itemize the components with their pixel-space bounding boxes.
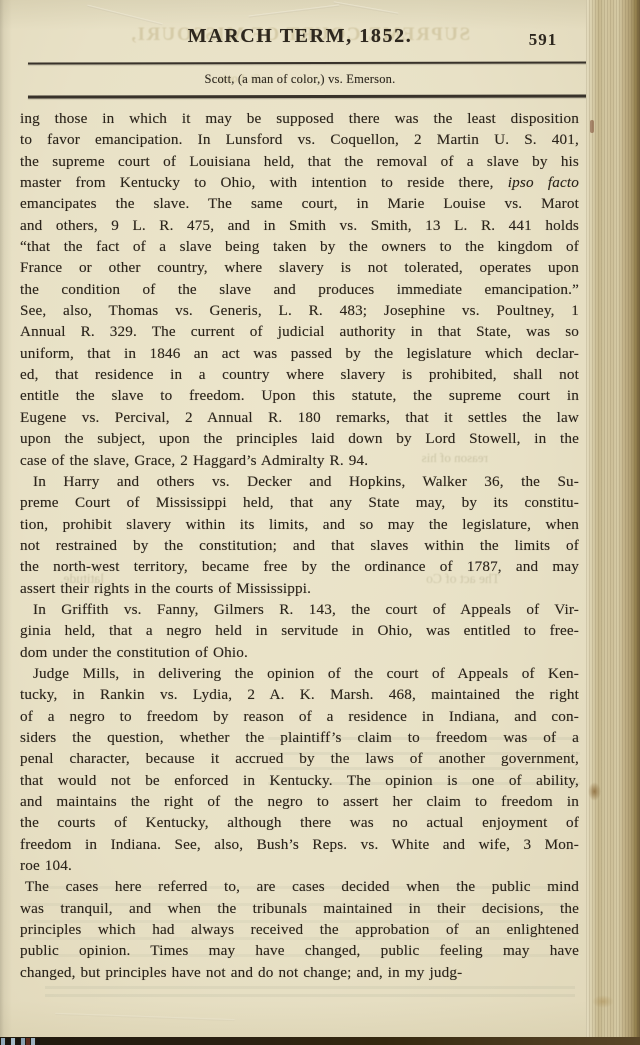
stain-mark [590, 120, 594, 133]
body-text-line: Eugene vs. Percival, 2 Annual R. 180 rem… [20, 407, 579, 428]
stain-mark [588, 782, 601, 801]
body-text-line: freedom in Indiana. See, also, Bush’s Re… [20, 834, 579, 855]
body-text-line: France or other country, where slavery i… [20, 257, 579, 278]
body-text-line: and maintains the right of the negro to … [20, 791, 579, 812]
bleed-through-ghost-lines [45, 986, 575, 1000]
scan-background-band [0, 1037, 640, 1045]
color-scale-mark [6, 1038, 10, 1045]
body-text-line: emancipates the slave. The same court, i… [20, 193, 579, 214]
body-text-line: tion, prohibit slavery within its limits… [20, 514, 579, 535]
paper-crease-mark [87, 5, 163, 26]
body-text-line: and others, 9 L. R. 475, and in Smith vs… [20, 215, 579, 236]
body-text-line: Judge Mills, in delivering the opinion o… [20, 663, 579, 684]
running-head-term-title: MARCH TERM, 1852. [20, 25, 580, 48]
stain-mark [592, 995, 614, 1008]
body-text-line: public opinion. Times may have changed, … [20, 940, 579, 961]
paper-crease-mark [55, 1013, 235, 1021]
body-text-line: to favor emancipation. In Lunsford vs. C… [20, 129, 579, 150]
horizontal-rule [28, 62, 589, 65]
body-text-line: master from Kentucky to Ohio, with inten… [20, 172, 579, 193]
body-text-line: ginia held, that a negro held in servitu… [20, 620, 579, 641]
color-scale-mark [21, 1038, 25, 1045]
body-text-line: Annual R. 329. The current of judicial a… [20, 321, 579, 342]
paper-crease-mark [333, 1, 398, 14]
body-text-line: the supreme court of Louisiana held, tha… [20, 151, 579, 172]
body-text-line: roe 104. [20, 855, 579, 876]
body-text-line: of a negro to freedom by reason of a res… [20, 706, 579, 727]
body-text-line: ing those in which it may be supposed th… [20, 108, 579, 129]
body-text-line: uniform, that in 1846 an act was passed … [20, 343, 579, 364]
body-text-line: In Griffith vs. Fanny, Gilmers R. 143, t… [20, 599, 579, 620]
body-text-line: was tranquil, and when the tribunals mai… [20, 898, 579, 919]
body-text-line: entitle the slave to freedom. Upon this … [20, 385, 579, 406]
horizontal-rule [28, 95, 589, 99]
paper-crease-mark [248, 4, 340, 17]
body-text-line: case of the slave, Grace, 2 Haggard’s Ad… [20, 450, 579, 471]
body-text-line: penal character, because it accrued by t… [20, 748, 579, 769]
body-text-line: the condition of the slave and produces … [20, 279, 579, 300]
body-text-line: changed, but principles have not and do … [20, 962, 579, 983]
body-text-line: In Harry and others vs. Decker and Hopki… [20, 471, 579, 492]
color-scale-mark [11, 1038, 15, 1045]
body-text-line: not restrained by the constitution; and … [20, 535, 579, 556]
body-text-line: tucky, in Rankin vs. Lydia, 2 A. K. Mars… [20, 684, 579, 705]
scanned-page-paper: SUPREME COURT OF MISSOURI, St. Louis. re… [0, 0, 590, 1037]
book-page-edges [586, 0, 640, 1037]
color-scale-mark [16, 1038, 20, 1045]
body-text-line: the courts of Kentucky, although there w… [20, 812, 579, 833]
color-scale-mark [26, 1038, 30, 1045]
case-caption: Scott, (a man of color,) vs. Emerson. [20, 72, 580, 87]
body-text-line: dom under the constitution of Ohio. [20, 642, 579, 663]
page-number: 591 [520, 30, 566, 50]
body-text-line: siders the question, whether the plainti… [20, 727, 579, 748]
body-text-line: preme Court of Mississippi held, that an… [20, 492, 579, 513]
body-text-line: See, also, Thomas vs. Generis, L. R. 483… [20, 300, 579, 321]
color-scale-mark [31, 1038, 35, 1045]
body-text-line: that would not be enforced in Kentucky. … [20, 770, 579, 791]
body-text-line: ed, that residence in a country where sl… [20, 364, 579, 385]
color-scale-marks [1, 1038, 40, 1045]
body-text-line: principles which had always received the… [20, 919, 579, 940]
body-text-line: assert their rights in the courts of Mis… [20, 578, 579, 599]
body-text-line: “that the fact of a slave being taken by… [20, 236, 579, 257]
body-text-line: the north-west territory, became free by… [20, 556, 579, 577]
color-scale-mark [36, 1038, 40, 1045]
body-text-line: The cases here referred to, are cases de… [20, 876, 579, 897]
opinion-body: ing those in which it may be supposed th… [20, 108, 579, 983]
color-scale-mark [1, 1038, 5, 1045]
body-text-line: upon the subject, upon the principles la… [20, 428, 579, 449]
